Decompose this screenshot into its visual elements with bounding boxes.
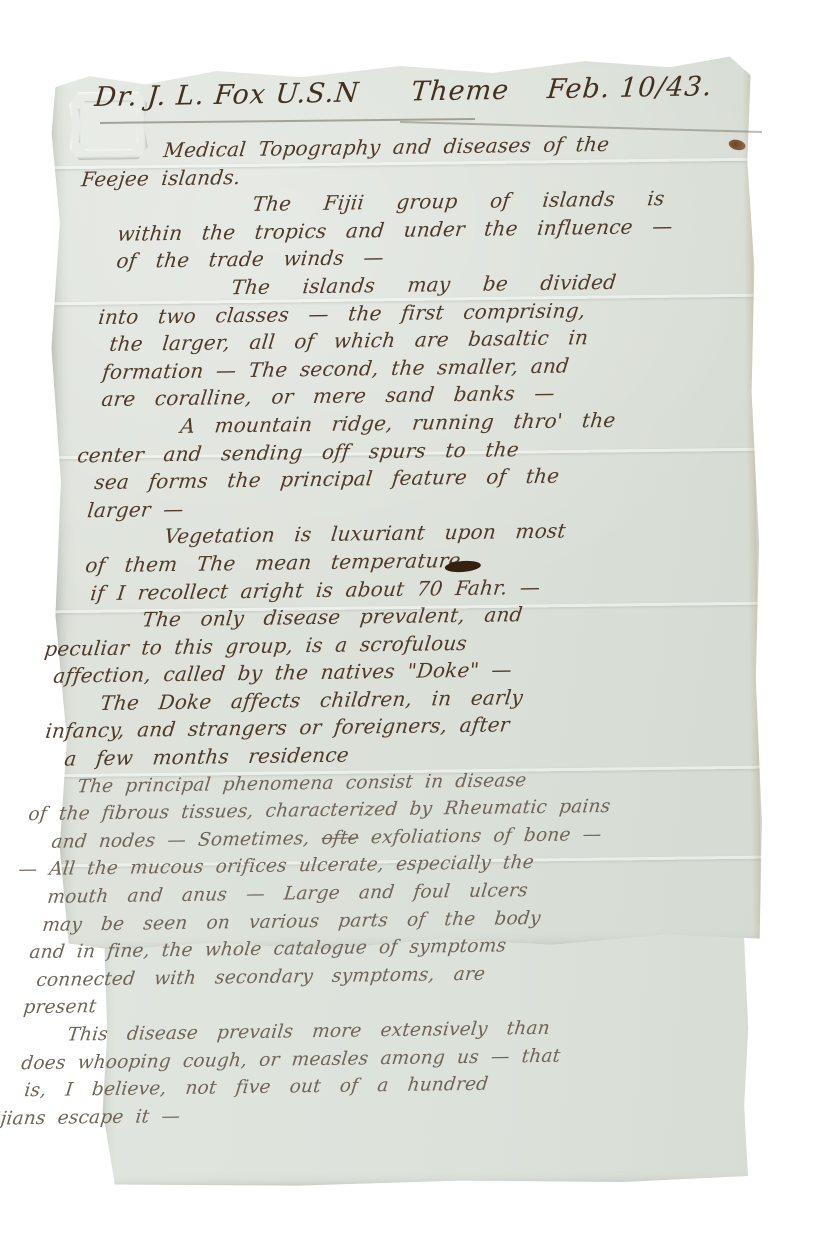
header-date: Feb. 10/43.: [546, 71, 714, 105]
manuscript-body: Medical Topography and diseases of the F…: [0, 129, 740, 1133]
line-text: exfoliations of bone —: [358, 824, 603, 848]
theme-label: Theme: [410, 75, 511, 108]
struck-word: ofte: [321, 827, 360, 849]
line-text: and nodes — Sometimes,: [50, 828, 323, 853]
author-signature: Dr. J. L. Fox U.S.N: [93, 77, 360, 113]
tanned-edge: [742, 54, 762, 946]
photo-background: Dr. J. L. Fox U.S.NThemeFeb. 10/43. Medi…: [0, 0, 825, 1248]
